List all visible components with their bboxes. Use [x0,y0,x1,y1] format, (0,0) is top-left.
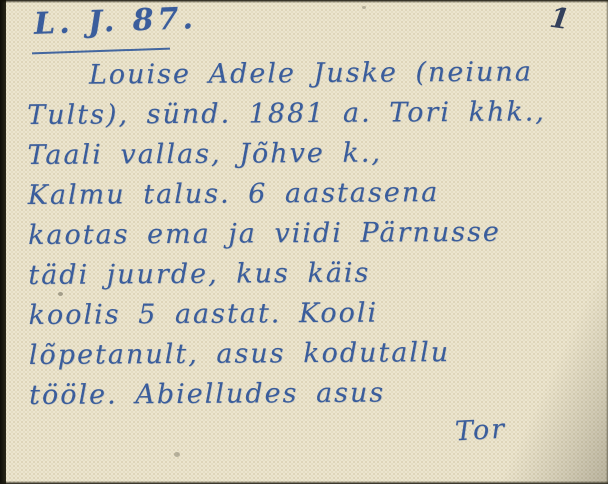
handwritten-line: Tults), sünd. 1881 a. Tori khk., [27,92,602,136]
scan-speck [362,6,366,9]
page-number: 1 [548,1,572,36]
scan-edge-left [0,0,6,484]
handwritten-text-block: Louise Adele Juske (neiuna Tults), sünd.… [27,52,604,416]
reference-underline [32,48,170,55]
handwritten-line: tädi juurde, kus käis [28,252,603,296]
scan-speck [174,452,180,457]
handwritten-line: lõpetanult, asus kodutallu [29,332,604,376]
handwritten-line: koolis 5 aastat. Kooli [28,292,603,336]
catchword: Tor [454,414,507,448]
archive-card: L. J. 87. 1 Louise Adele Juske (neiuna T… [0,0,608,484]
reference-code: L. J. 87. [33,1,197,42]
handwritten-line: Louise Adele Juske (neiuna [27,52,602,96]
handwritten-line: kaotas ema ja viidi Pärnusse [28,212,603,256]
scan-edge-top [0,0,608,3]
handwritten-line: Taali vallas, Jõhve k., [27,132,602,176]
handwritten-line: Kalmu talus. 6 aastasena [28,172,603,216]
handwritten-line: tööle. Abielludes asus [29,372,604,416]
